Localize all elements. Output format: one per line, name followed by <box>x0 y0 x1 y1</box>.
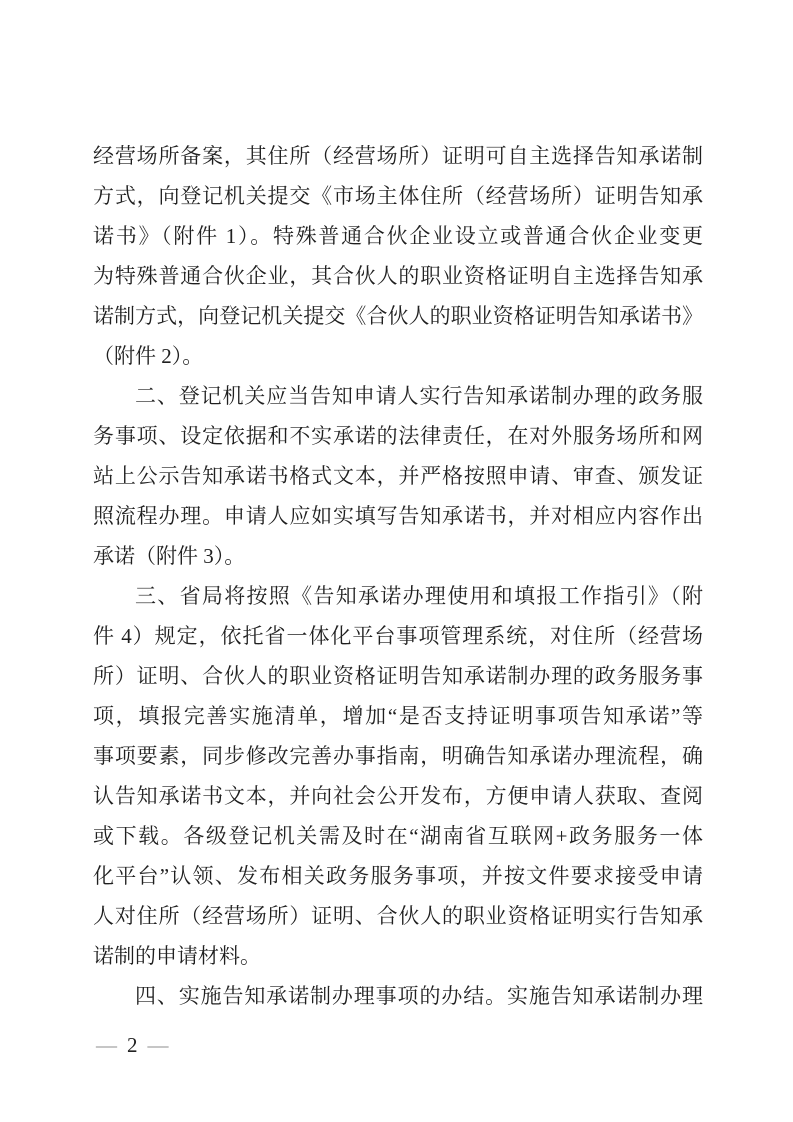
document-page: 经营场所备案，其住所（经营场所）证明可自主选择告知承诺制方式，向登记机关提交《市… <box>0 0 793 1122</box>
text-line: 人对住所（经营场所）证明、合伙人的职业资格证明实行告知承 <box>93 896 703 936</box>
text-line: 承诺（附件 3）。 <box>93 536 703 576</box>
text-line: 务事项、设定依据和不实承诺的法律责任，在对外服务场所和网 <box>93 416 703 456</box>
text-line: 项，填报完善实施清单，增加“是否支持证明事项告知承诺”等 <box>93 696 703 736</box>
text-line: 或下载。各级登记机关需及时在“湖南省互联网+政务服务一体 <box>93 816 703 856</box>
page-number: —2— <box>96 1031 169 1059</box>
text-line: 化平台”认领、发布相关政务服务事项，并按文件要求接受申请 <box>93 856 703 896</box>
text-line: 认告知承诺书文本，并向社会公开发布，方便申请人获取、查阅 <box>93 776 703 816</box>
text-line: 经营场所备案，其住所（经营场所）证明可自主选择告知承诺制 <box>93 136 703 176</box>
text-line: 事项要素，同步修改完善办事指南，明确告知承诺办理流程，确 <box>93 736 703 776</box>
text-line: 四、实施告知承诺制办理事项的办结。实施告知承诺制办理 <box>93 976 703 1016</box>
text-line: 照流程办理。申请人应如实填写告知承诺书，并对相应内容作出 <box>93 496 703 536</box>
text-line: （附件 2）。 <box>93 336 703 376</box>
text-line: 为特殊普通合伙企业，其合伙人的职业资格证明自主选择告知承 <box>93 256 703 296</box>
text-line: 所）证明、合伙人的职业资格证明告知承诺制办理的政务服务事 <box>93 656 703 696</box>
document-body: 经营场所备案，其住所（经营场所）证明可自主选择告知承诺制方式，向登记机关提交《市… <box>93 136 703 1016</box>
text-line: 方式，向登记机关提交《市场主体住所（经营场所）证明告知承 <box>93 176 703 216</box>
text-line: 二、登记机关应当告知申请人实行告知承诺制办理的政务服 <box>93 376 703 416</box>
page-number-value: 2 <box>127 1033 138 1057</box>
text-line: 诺制的申请材料。 <box>93 936 703 976</box>
text-line: 诺书》（附件 1）。特殊普通合伙企业设立或普通合伙企业变更 <box>93 216 703 256</box>
page-number-left-dash: — <box>96 1033 117 1057</box>
text-line: 诺制方式，向登记机关提交《合伙人的职业资格证明告知承诺书》 <box>93 296 703 336</box>
text-line: 件 4）规定，依托省一体化平台事项管理系统，对住所（经营场 <box>93 616 703 656</box>
text-line: 站上公示告知承诺书格式文本，并严格按照申请、审查、颁发证 <box>93 456 703 496</box>
text-line: 三、省局将按照《告知承诺办理使用和填报工作指引》（附 <box>93 576 703 616</box>
page-number-right-dash: — <box>148 1033 169 1057</box>
